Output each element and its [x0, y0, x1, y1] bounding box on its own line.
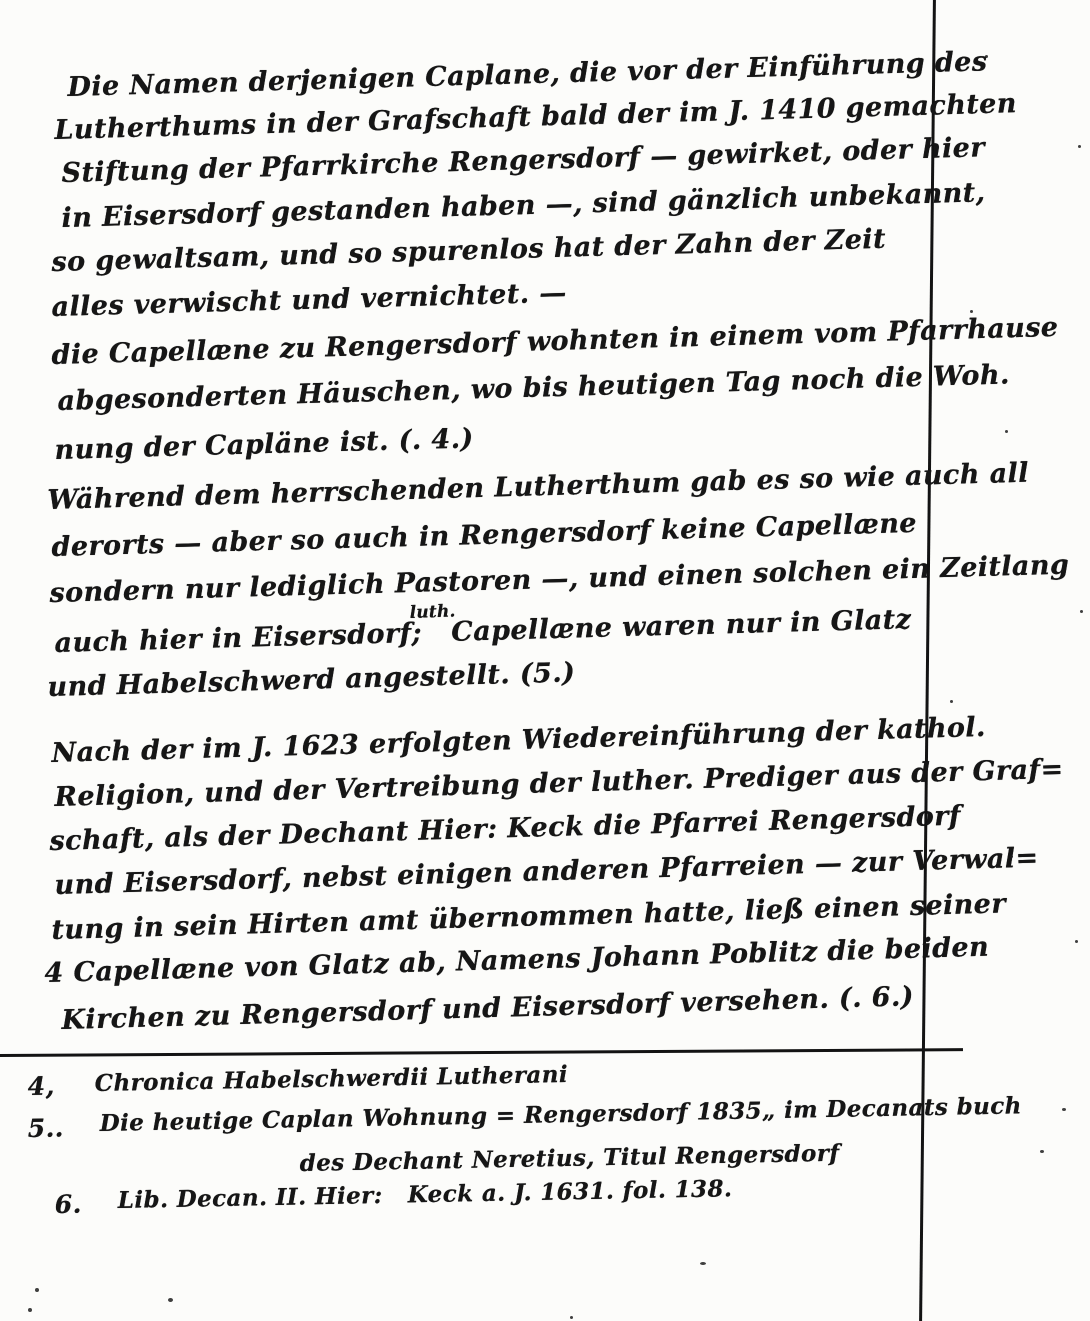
manuscript-line: abgesonderten Häuschen, wo bis heutigen …	[57, 359, 1010, 417]
scan-speck	[28, 1308, 32, 1312]
footnote-separator-rule	[0, 1048, 963, 1057]
scan-speck	[1078, 145, 1081, 148]
footnote-marker: 4,	[27, 1072, 54, 1101]
interlinear-insertion: luth.	[409, 601, 456, 623]
scan-speck	[1080, 610, 1083, 613]
scan-speck	[1040, 1150, 1044, 1153]
scan-speck	[700, 1262, 706, 1265]
footnote-text: Die heutige Caplan Wohnung = Rengersdorf…	[99, 1092, 1022, 1137]
scan-speck	[1075, 940, 1078, 943]
manuscript-page: Die Namen derjenigen Caplane, die vor de…	[0, 0, 1090, 1321]
footnote-text: Lib. Decan. II. Hier: Keck a. J. 1631. f…	[117, 1175, 732, 1214]
manuscript-line: auch hier in Eisersdorf; Capellæne waren…	[54, 604, 912, 659]
manuscript-line: nung der Capläne ist. (. 4.)	[54, 423, 474, 466]
scan-speck	[950, 700, 953, 703]
scan-speck	[970, 310, 973, 313]
manuscript-line: alles verwischt und vernichtet. —	[51, 278, 567, 323]
scan-speck	[35, 1288, 39, 1292]
scan-speck	[570, 1316, 573, 1319]
manuscript-line: Während dem herrschenden Lutherthum gab …	[47, 458, 1029, 516]
scan-speck	[985, 55, 988, 58]
manuscript-line: Kirchen zu Rengersdorf und Eisersdorf ve…	[61, 981, 914, 1036]
footnote-marker: 5..	[27, 1113, 64, 1143]
footnote-text: Chronica Habelschwerdii Lutherani	[94, 1061, 568, 1097]
scan-speck	[1005, 430, 1008, 433]
scan-speck	[168, 1298, 173, 1302]
manuscript-line: und Habelschwerd angestellt. (5.)	[47, 657, 575, 703]
manuscript-line: so gewaltsam, und so spurenlos hat der Z…	[51, 224, 886, 278]
footnote-marker: 6.	[54, 1190, 81, 1219]
footnote-text-continued: des Dechant Neretius, Titul Rengersdorf	[299, 1140, 839, 1177]
scan-speck	[1062, 1108, 1066, 1111]
scan-speck	[1010, 855, 1013, 858]
manuscript-line: derorts — aber so auch in Rengersdorf ke…	[51, 508, 917, 563]
